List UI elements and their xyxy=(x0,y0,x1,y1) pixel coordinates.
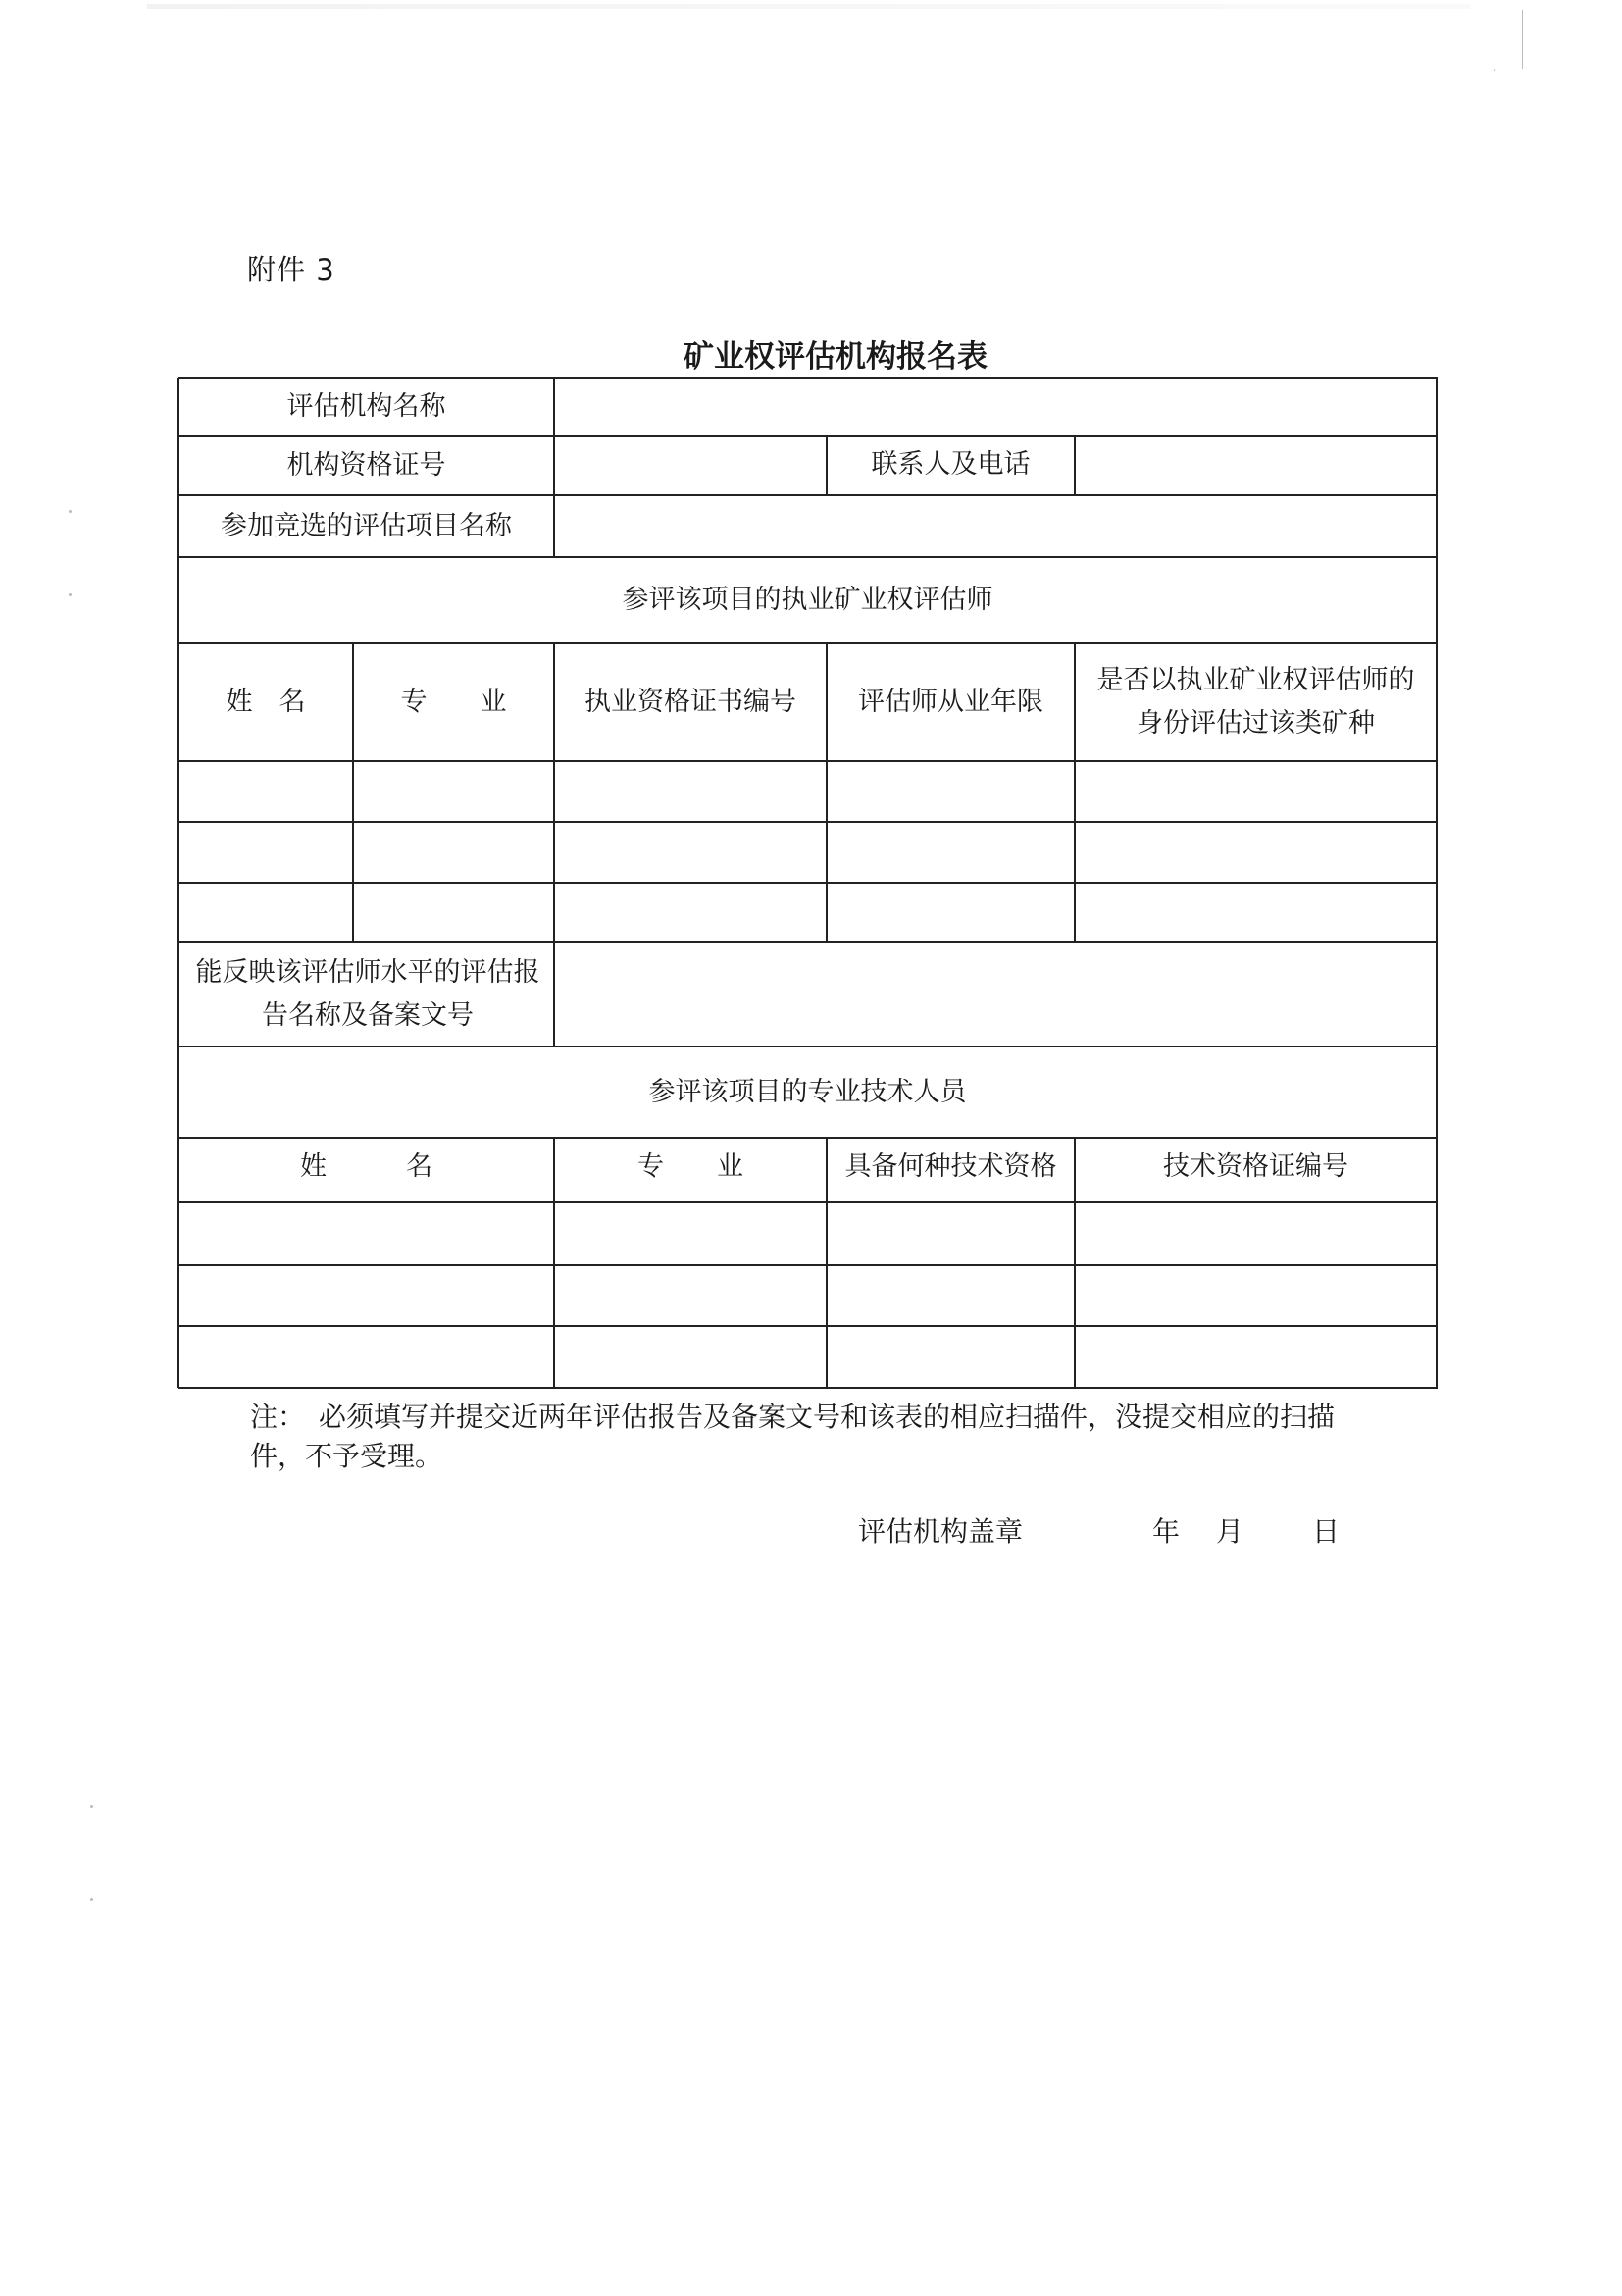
table-rule xyxy=(826,1138,828,1388)
scan-artifact-right xyxy=(1522,10,1523,69)
tech-staff-cell[interactable] xyxy=(827,1326,1075,1388)
appraiser-cell[interactable] xyxy=(353,822,554,883)
table-rule xyxy=(178,1046,1438,1047)
org-name-label: 评估机构名称 xyxy=(178,378,554,436)
scan-speck xyxy=(69,510,72,513)
tech-staff-col-header: 具备何种技术资格 xyxy=(827,1138,1075,1202)
appraiser-col-header: 姓 名 xyxy=(178,643,353,761)
table-rule xyxy=(826,643,828,942)
project-name-label: 参加竞选的评估项目名称 xyxy=(178,495,554,557)
cert-no-field[interactable] xyxy=(554,436,827,495)
appraiser-cell[interactable] xyxy=(554,883,827,942)
form-title: 矿业权评估机构报名表 xyxy=(0,332,1622,376)
appraiser-cell[interactable] xyxy=(554,822,827,883)
appraisers-section-title: 参评该项目的执业矿业权评估师 xyxy=(178,557,1437,643)
appraiser-cell[interactable] xyxy=(827,761,1075,822)
table-rule xyxy=(178,435,1438,437)
table-rule xyxy=(178,1387,1438,1389)
tech-staff-col-header: 技术资格证编号 xyxy=(1075,1138,1437,1202)
appraiser-col-header: 评估师从业年限 xyxy=(827,643,1075,761)
table-rule xyxy=(1436,378,1438,1388)
tech-staff-cell[interactable] xyxy=(1075,1202,1437,1265)
appraiser-cell[interactable] xyxy=(353,761,554,822)
table-rule xyxy=(178,1137,1438,1139)
table-rule xyxy=(1074,1138,1076,1388)
table-rule xyxy=(553,942,555,1046)
table-rule xyxy=(178,821,1438,823)
contact-field[interactable] xyxy=(1075,436,1437,493)
org-name-field[interactable] xyxy=(554,378,1437,436)
appraiser-cell[interactable] xyxy=(827,822,1075,883)
table-rule xyxy=(178,941,1438,943)
appraiser-cell[interactable] xyxy=(1075,883,1437,942)
appraiser-col-header: 是否以执业矿业权评估师的身份评估过该类矿种 xyxy=(1075,643,1437,761)
appraiser-col-header: 专 业 xyxy=(353,643,554,761)
table-rule xyxy=(178,642,1438,644)
tech-staff-col-header: 姓 名 xyxy=(178,1138,554,1202)
appraiser-col-header: 执业资格证书编号 xyxy=(554,643,827,761)
report-label: 能反映该评估师水平的评估报告名称及备案文号 xyxy=(186,942,549,1046)
table-rule xyxy=(826,436,828,495)
table-rule xyxy=(352,643,354,942)
table-rule xyxy=(178,1201,1438,1203)
footer-note: 注： 必须填写并提交近两年评估报告及备案文号和该表的相应扫描件，没提交相应的扫描… xyxy=(250,1398,1388,1476)
table-rule xyxy=(553,643,555,942)
table-rule xyxy=(178,760,1438,762)
day-label: 日 xyxy=(1312,1510,1340,1550)
appraiser-cell[interactable] xyxy=(554,761,827,822)
table-rule xyxy=(553,378,555,557)
table-rule xyxy=(178,1325,1438,1327)
report-field[interactable] xyxy=(554,942,1437,1046)
tech-staff-cell[interactable] xyxy=(554,1326,827,1388)
appraiser-cell[interactable] xyxy=(353,883,554,942)
table-rule xyxy=(178,556,1438,558)
table-rule xyxy=(1074,436,1076,495)
seal-label: 评估机构盖章 xyxy=(858,1510,1023,1550)
tech-staff-cell[interactable] xyxy=(1075,1265,1437,1326)
tech-staff-cell[interactable] xyxy=(554,1265,827,1326)
table-rule xyxy=(553,1138,555,1388)
scan-artifact-top xyxy=(147,4,1471,9)
table-rule xyxy=(177,378,179,1388)
scan-speck xyxy=(90,1805,93,1808)
attachment-label: 附件 3 xyxy=(247,248,335,288)
cert-no-label: 机构资格证号 xyxy=(178,436,554,495)
appraiser-cell[interactable] xyxy=(1075,822,1437,883)
table-rule xyxy=(178,494,1438,496)
table-rule xyxy=(178,1264,1438,1266)
scan-speck xyxy=(90,1898,93,1901)
tech-staff-cell[interactable] xyxy=(178,1202,554,1265)
tech-staff-cell[interactable] xyxy=(554,1202,827,1265)
appraiser-cell[interactable] xyxy=(178,883,353,942)
tech-staff-cell[interactable] xyxy=(178,1265,554,1326)
scan-speck xyxy=(1494,69,1495,71)
tech-staff-cell[interactable] xyxy=(827,1265,1075,1326)
appraiser-cell[interactable] xyxy=(1075,761,1437,822)
tech-staff-cell[interactable] xyxy=(827,1202,1075,1265)
year-label: 年 xyxy=(1152,1510,1180,1550)
project-name-field[interactable] xyxy=(554,495,1437,557)
tech-staff-cell[interactable] xyxy=(178,1326,554,1388)
table-rule xyxy=(178,377,1438,379)
tech-staff-col-header: 专 业 xyxy=(554,1138,827,1202)
table-rule xyxy=(1074,643,1076,942)
appraiser-cell[interactable] xyxy=(178,822,353,883)
tech-staff-section-title: 参评该项目的专业技术人员 xyxy=(178,1046,1437,1138)
contact-label: 联系人及电话 xyxy=(827,436,1075,493)
table-rule xyxy=(178,882,1438,884)
appraiser-cell[interactable] xyxy=(827,883,1075,942)
scan-speck xyxy=(69,593,72,596)
month-label: 月 xyxy=(1216,1510,1243,1550)
tech-staff-cell[interactable] xyxy=(1075,1326,1437,1388)
appraiser-cell[interactable] xyxy=(178,761,353,822)
